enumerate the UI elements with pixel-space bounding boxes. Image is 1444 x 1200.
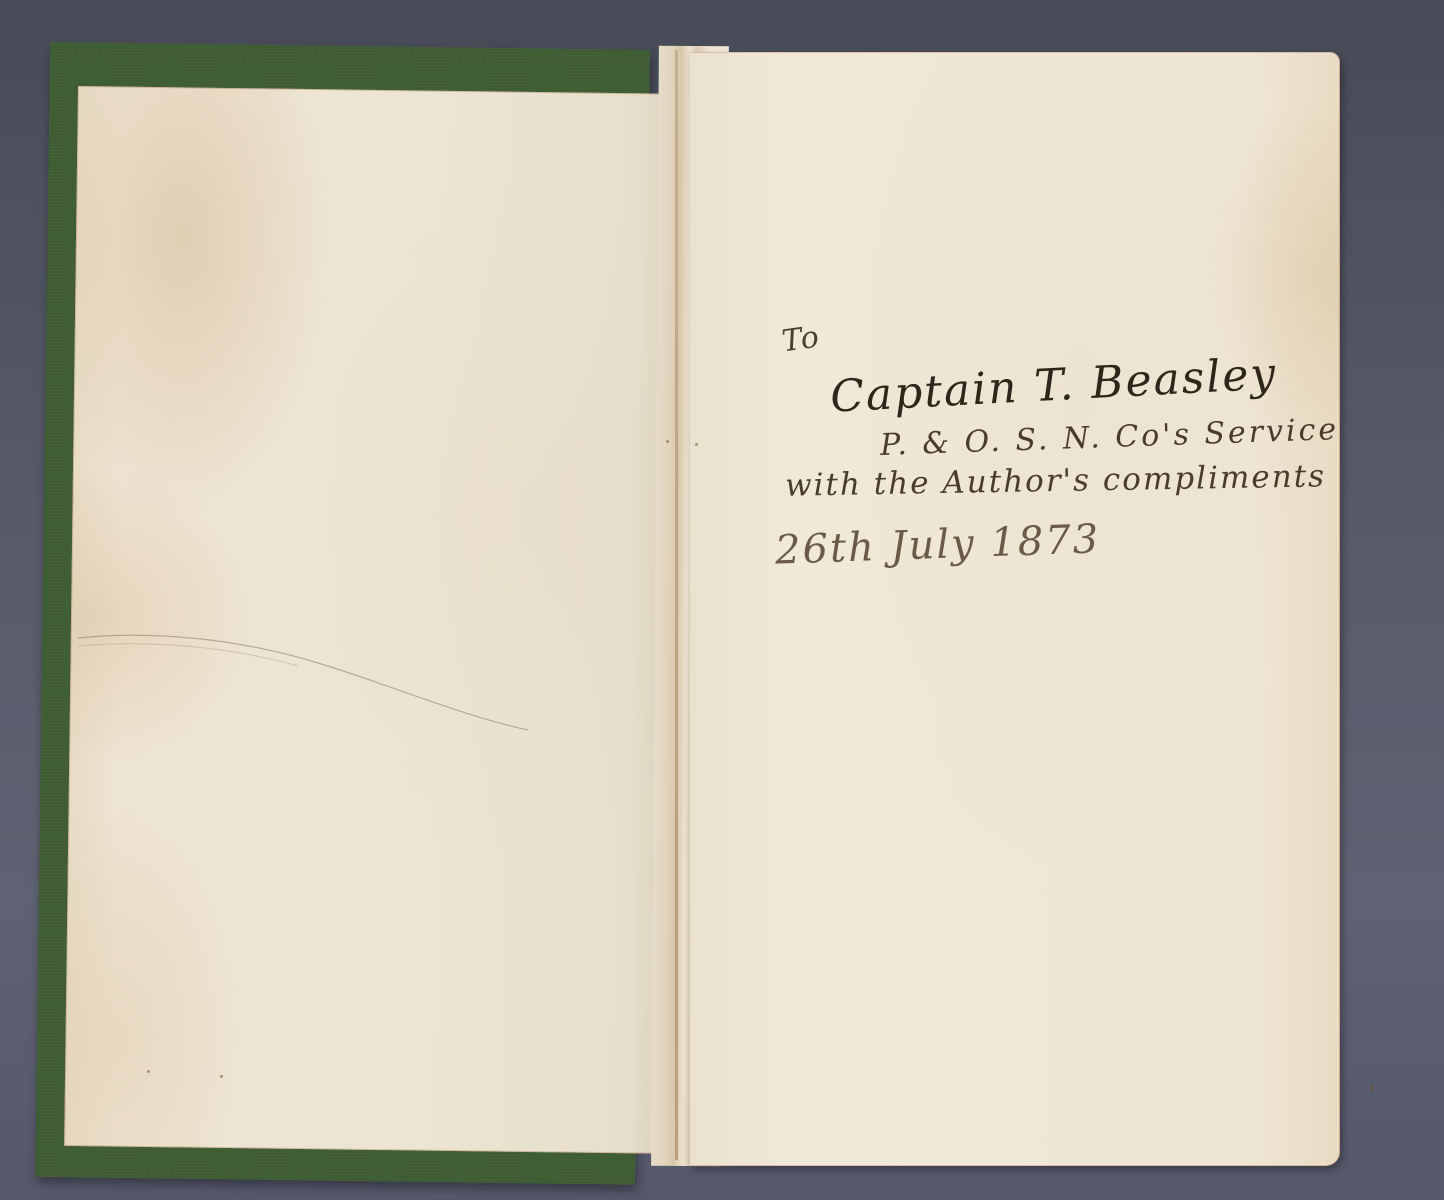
paper-speck bbox=[220, 1075, 223, 1078]
right-page bbox=[690, 52, 1340, 1166]
pencil-mark bbox=[78, 620, 538, 740]
paper-speck bbox=[147, 1070, 150, 1073]
paper-speck bbox=[1370, 1085, 1374, 1091]
paper-speck bbox=[666, 440, 669, 443]
book-photo: To Captain T. Beasley P. & O. S. N. Co's… bbox=[0, 0, 1444, 1200]
gutter-fold-line bbox=[675, 50, 678, 1160]
paper-speck bbox=[695, 443, 698, 446]
